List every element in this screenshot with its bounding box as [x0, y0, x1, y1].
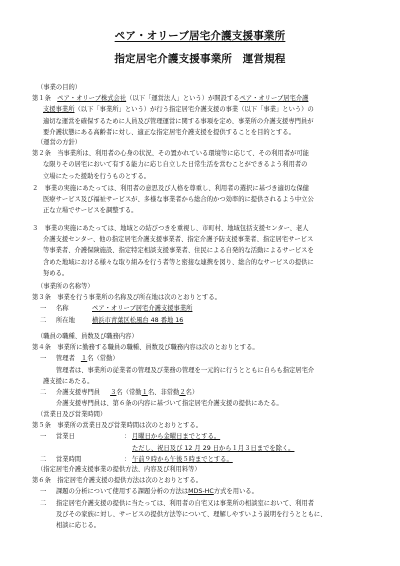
article-intro: 第３条 事業を行う事業所の名称及び所在地は次のとおりとする。	[32, 292, 377, 303]
article-intro: 第５条 事業所の営業日及び営業時間は次のとおりとする。	[32, 420, 377, 431]
business-days-row: 一 営業日 ： 月曜日から金曜日までとする。	[32, 431, 377, 442]
item-number: 一	[32, 431, 56, 442]
article-heading: （職員の職種、員数及び職務内容）	[32, 331, 377, 342]
staff-count-suffix: 名（常勤）	[87, 353, 118, 364]
item-note: ただし、祝日及び 12 月 29 日から１月３日までを除く。	[132, 443, 294, 454]
item-text: 指定居宅介護支援の提供に当たっては、利用者の自宅又は事業所の相談室において、利用…	[56, 498, 314, 509]
item-number: 一	[32, 486, 56, 497]
article-heading: （事業所の名称等）	[32, 281, 377, 292]
item-text: 方式を用いる。	[214, 486, 258, 497]
article-line: 正な立場でサービスを調整する。	[32, 205, 377, 216]
item-number: 一	[32, 353, 56, 364]
title-text: ペア・オリーブ居宅介護支援事業所	[115, 30, 286, 42]
article-line: 第２条 当事業所は、利用者の心身の状況、その置かれている環境等に応じて、その利用…	[32, 148, 377, 159]
article-line: 立場にたった援助を行うものとする。	[32, 171, 377, 182]
office-name: 支援事業所	[43, 106, 74, 113]
staff-count-suffix: 名（常勤	[116, 387, 141, 398]
article-heading: （事業の目的）	[32, 82, 377, 93]
article-2: （運営の方針） 第２条 当事業所は、利用者の心身の状況、その置かれている環境等に…	[32, 137, 377, 182]
assessment-method-row: 一 課題の分析について使用する課題分析の方法は MDS-HC 方式を用いる。	[32, 486, 377, 497]
article-line: 等事業者、介護保険施設、指定特定相談支援事業者、住民による自発的な活動によるサー…	[32, 245, 377, 256]
item-label: 介護支援専門員	[56, 387, 100, 398]
article-line: ３ 事業の実施にあたっては、地域との結びつきを重視し、市町村、地域包括支援センタ…	[32, 223, 377, 234]
item-number: 二	[32, 315, 56, 326]
article-1: （事業の目的） 第１条 ペア・オリーブ株式会社（以下「運営法人」という）が開設す…	[32, 82, 377, 138]
document-subtitle: 指定居宅介護支援事業所 運営規程	[0, 51, 400, 66]
article-2-paragraph-3: ３ 事業の実施にあたっては、地域との結びつきを重視し、市町村、地域包括支援センタ…	[32, 223, 377, 279]
item-number: 二	[32, 498, 56, 509]
item-label: 管理者	[56, 353, 75, 364]
item-text: 課題の分析について使用する課題分析の方法は	[56, 486, 188, 497]
item-number: 一	[32, 303, 56, 314]
item-value: ペア・オリーブ居宅介護支援事業所	[92, 303, 192, 314]
article-2-paragraph-2: ２ 事業の実施にあたっては、利用者の意思及び人格を尊重し、利用者の選択に基づき適…	[32, 183, 377, 217]
company-name: ペア・オリーブ株式会社	[57, 95, 126, 102]
article-5: （営業日及び営業時間） 第５条 事業所の営業日及び営業時間は次のとおりとする。 …	[32, 409, 377, 465]
article-line: 第１条 ペア・オリーブ株式会社（以下「運営法人」という）が開設するペア・オリーブ…	[32, 93, 377, 104]
article-line: 支援事業所（以下「事業所」という）が行う指定居宅介護支援の事業（以下「事業」とい…	[32, 104, 377, 115]
item-description: 護支援にあたる。	[32, 376, 377, 387]
business-days-note-row: ただし、祝日及び 12 月 29 日から１月３日までを除く。	[32, 443, 377, 454]
article-4: （職員の職種、員数及び職務内容） 第４条 事業所に勤務する職員の職種、員数及び職…	[32, 331, 377, 409]
article-line: 適切な運営を確保するために人員及び管理運営に関する事項を定め、事業所の介護支援専…	[32, 116, 377, 127]
article-intro: 第６条 指定居宅介護支援の提供方法は次のとおりとする。	[32, 475, 377, 486]
staff-count-middle: 名、非常勤	[148, 387, 179, 398]
service-explanation-row: 二 指定居宅介護支援の提供に当たっては、利用者の自宅又は事業所の相談室において、…	[32, 498, 377, 509]
office-name-row: 一 名称 ペア・オリーブ居宅介護支援事業所	[32, 303, 377, 314]
item-label: 所在地	[56, 315, 92, 326]
separator: ：	[124, 431, 132, 442]
document-page: ペア・オリーブ居宅介護支援事業所 指定居宅介護支援事業所 運営規程 （事業の目的…	[0, 0, 400, 566]
article-number: 第１条	[32, 95, 57, 102]
assessment-method: MDS-HC	[188, 486, 214, 497]
article-heading: （指定居宅介護支援事業の提供方法、内容及び利用料等）	[32, 464, 377, 475]
item-value: 月曜日から金曜日までとする。	[132, 431, 220, 442]
article-line: 医療サービス及び福祉サービスが、多様な事業者から総合的かつ効率的に提供されるよう…	[32, 194, 377, 205]
item-description: 管理者は、事業所の従業者の管理及び業務の管理を一元的に行うとともに自らも指定居宅…	[32, 365, 377, 376]
article-line: な限りその居宅において有する能力に応じ自立した日常生活を営むことができるよう利用…	[32, 159, 377, 170]
item-text: 及びその家族に対し、サービスの提供方法等について、理解しやすいよう説明を行うとと…	[32, 509, 377, 520]
line-text: （以下「運営法人」という）が開設する	[126, 95, 239, 102]
article-intro: 第４条 事業所に勤務する職員の職種、員数及び職務内容は次のとおりとする。	[32, 342, 377, 353]
article-line: ２ 事業の実施にあたっては、利用者の意思及び人格を尊重し、利用者の選択に基づき適…	[32, 183, 377, 194]
article-6: （指定居宅介護支援事業の提供方法、内容及び利用料等） 第６条 指定居宅介護支援の…	[32, 464, 377, 531]
article-3: （事業所の名称等） 第３条 事業を行う事業所の名称及び所在地は次のとおりとする。…	[32, 281, 377, 326]
line-text: （以下「事業所」という）が行う指定居宅介護支援の事業（以下「事業」という）の	[74, 106, 313, 113]
care-manager-row: 二 介護支援専門員 ３ 名（常勤 １ 名、非常勤 ２ 名）	[32, 387, 377, 398]
article-line: 努める。	[32, 268, 377, 279]
item-description: 介護支援専門員は、第６条の内容に基づいて指定居宅介護支援の提供にあたる。	[32, 398, 377, 409]
manager-row: 一 管理者 １ 名（常勤）	[32, 353, 377, 364]
item-number: 二	[32, 387, 56, 398]
article-line: 含めた地域における様々な取り組みを行う者等と密接な連携を図り、総合的なサービスの…	[32, 257, 377, 268]
article-heading: （営業日及び営業時間）	[32, 409, 377, 420]
office-name: ペア・オリーブ居宅介護	[239, 95, 308, 102]
office-address-row: 二 所在地 横浜市青葉区松風台 48 番地 16	[32, 315, 377, 326]
item-text: 相談に応じる。	[32, 520, 377, 531]
item-label: 営業日	[56, 431, 124, 442]
article-heading: （運営の方針）	[32, 137, 377, 148]
document-title: ペア・オリーブ居宅介護支援事業所	[0, 28, 400, 43]
article-line: 介護支援センター、他の指定居宅介護支援事業者、指定介護予防支援事業者、指定居宅サ…	[32, 234, 377, 245]
item-value: 横浜市青葉区松風台 48 番地 16	[92, 315, 183, 326]
staff-count-end: 名）	[186, 387, 199, 398]
item-label: 名称	[56, 303, 92, 314]
